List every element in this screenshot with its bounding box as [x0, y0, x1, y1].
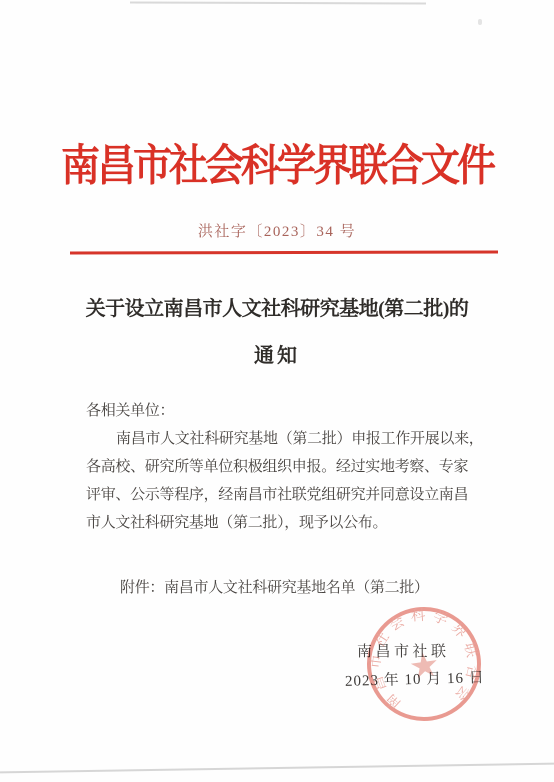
document-body: 各相关单位： 南昌市人文社科研究基地（第二批）申报工作开展以来， 各高校、研究所… — [86, 397, 490, 537]
scan-artifact-bottom-edge — [0, 763, 554, 774]
document-reference-number: 洪社字〔2023〕34 号 — [0, 220, 554, 241]
scan-artifact-top-edge — [130, 1, 426, 4]
scanned-document-page: 南昌市社会科学界联合文件 洪社字〔2023〕34 号 关于设立南昌市人文社科研究… — [0, 0, 554, 782]
scan-artifact-mark — [478, 19, 482, 25]
body-paragraph-line: 评审、公示等程序，经南昌市社联党组研究并同意设立南昌 — [86, 481, 490, 509]
signature-date: 2023 年 10 月 16 日 — [345, 666, 485, 691]
document-masthead: 南昌市社会科学界联合文件 — [0, 131, 554, 194]
document-title-line1: 关于设立南昌市人文社科研究基地(第二批)的 — [0, 286, 554, 333]
red-divider-rule — [70, 250, 498, 254]
document-title: 关于设立南昌市人文社科研究基地(第二批)的 通知 — [0, 286, 554, 380]
attachment-line: 附件：南昌市人文社科研究基地名单（第二批） — [120, 576, 429, 597]
official-seal: 南昌市社会科学界联合会 ★ — [345, 585, 503, 743]
signature-organization: 南昌市社联 — [357, 640, 450, 661]
seal-ring — [362, 602, 486, 726]
body-paragraph-line: 各高校、研究所等单位积极组织申报。经过实地考察、专家 — [86, 453, 490, 481]
body-paragraph-line: 南昌市人文社科研究基地（第二批）申报工作开展以来， — [86, 425, 490, 453]
salutation-line: 各相关单位： — [86, 397, 490, 425]
body-paragraph-line: 市人文社科研究基地（第二批），现予以公布。 — [86, 509, 490, 537]
document-title-line2: 通知 — [0, 333, 554, 380]
